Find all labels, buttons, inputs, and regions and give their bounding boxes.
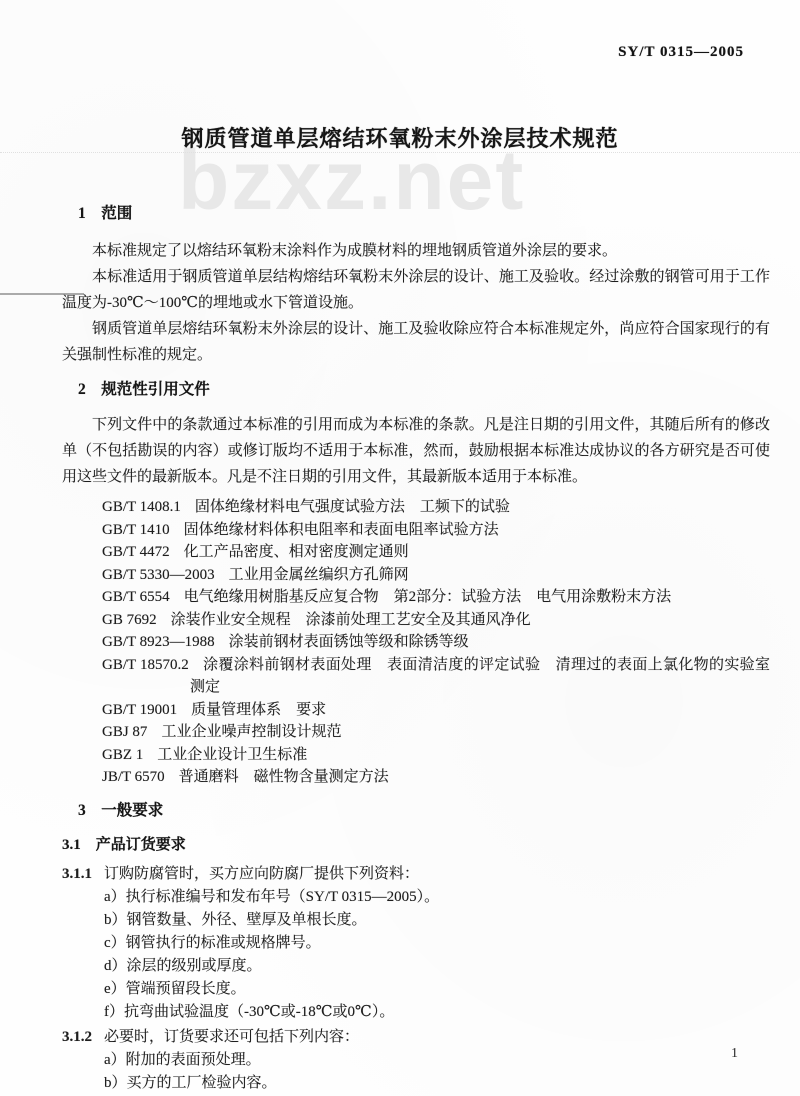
section-heading-general: 3 一般要求 — [78, 799, 770, 823]
reference-item: GB/T 19001质量管理体系 要求 — [102, 699, 770, 722]
reference-code: JB/T 6570 — [102, 769, 165, 785]
reference-title: 质量管理体系 要求 — [191, 702, 326, 718]
reference-code: GB/T 19001 — [102, 702, 177, 718]
list-item: f）抗弯曲试验温度（-30℃或-18℃或0℃）。 — [104, 1001, 770, 1024]
reference-title: 化工产品密度、相对密度测定通则 — [184, 544, 409, 560]
reference-item: GB/T 8923—1988涂装前钢材表面锈蚀等级和除锈等级 — [102, 631, 770, 654]
reference-code: GB/T 4472 — [102, 544, 170, 560]
paragraph: 下列文件中的条款通过本标准的引用而成为本标准的条款。凡是注日期的引用文件，其随后… — [62, 412, 770, 490]
standard-code: SY/T 0315—2005 — [618, 44, 744, 61]
clause-number: 3.1.1 — [62, 866, 92, 882]
reference-code: GBZ 1 — [102, 747, 143, 763]
document-body: 1 范围 本标准规定了以熔结环氧粉末涂料作为成膜材料的埋地钢质管道外涂层的要求。… — [62, 196, 770, 1096]
paragraph: 本标准规定了以熔结环氧粉末涂料作为成膜材料的埋地钢质管道外涂层的要求。 — [62, 238, 770, 264]
reference-code: GB/T 1408.1 — [102, 499, 181, 515]
paragraph: 本标准适用于钢质管道单层结构熔结环氧粉末外涂层的设计、施工及验收。经过涂敷的钢管… — [62, 264, 770, 316]
reference-code: GB/T 6554 — [102, 589, 170, 605]
reference-code: GB/T 18570.2 — [102, 657, 189, 673]
subsection-heading-ordering: 3.1 产品订货要求 — [62, 833, 770, 857]
section-heading-scope: 1 范围 — [78, 202, 770, 226]
reference-code: GB 7692 — [102, 612, 157, 628]
reference-title: 涂装作业安全规程 涂漆前处理工艺安全及其通风净化 — [171, 612, 531, 628]
clause-text: 必要时，订货要求还可包括下列内容： — [104, 1029, 359, 1045]
reference-title: 工业企业噪声控制设计规范 — [161, 724, 341, 740]
reference-item: GB/T 6554电气绝缘用树脂基反应复合物 第2部分：试验方法 电气用涂敷粉末… — [102, 586, 770, 609]
reference-title: 固体绝缘材料体积电阻率和表面电阻率试验方法 — [184, 522, 499, 538]
optional-info-list: a）附加的表面预处理。 b）买方的工厂检验内容。 — [104, 1049, 770, 1095]
reference-code: GB/T 5330—2003 — [102, 567, 215, 583]
reference-item: GB/T 4472化工产品密度、相对密度测定通则 — [102, 541, 770, 564]
reference-code: GB/T 8923—1988 — [102, 634, 215, 650]
reference-title: 涂装前钢材表面锈蚀等级和除锈等级 — [229, 634, 469, 650]
list-item: a）附加的表面预处理。 — [104, 1049, 770, 1072]
clause-number: 3.1.2 — [62, 1029, 92, 1045]
page-title: 钢质管道单层熔结环氧粉末外涂层技术规范 — [0, 122, 800, 153]
reference-code: GB/T 1410 — [102, 522, 170, 538]
reference-item: GB/T 18570.2涂覆涂料前钢材表面处理 表面清洁度的评定试验 清理过的表… — [102, 654, 770, 699]
section-heading-references: 2 规范性引用文件 — [78, 378, 770, 402]
reference-item: GB 7692涂装作业安全规程 涂漆前处理工艺安全及其通风净化 — [102, 609, 770, 632]
list-item: e）管端预留段长度。 — [104, 978, 770, 1001]
clause-3-1-2: 3.1.2必要时，订货要求还可包括下列内容： — [62, 1026, 770, 1049]
ordering-info-list: a）执行标准编号和发布年号（SY/T 0315—2005）。 b）钢管数量、外径… — [104, 886, 770, 1024]
list-item: a）执行标准编号和发布年号（SY/T 0315—2005）。 — [104, 886, 770, 909]
reference-title: 涂覆涂料前钢材表面处理 表面清洁度的评定试验 清理过的表面上氯化物的实验室测定 — [190, 657, 770, 696]
clause-3-1-1: 3.1.1订购防腐管时，买方应向防腐厂提供下列资料： — [62, 863, 770, 886]
reference-item: GBZ 1工业企业设计卫生标准 — [102, 744, 770, 767]
reference-item: GB/T 1408.1固体绝缘材料电气强度试验方法 工频下的试验 — [102, 496, 770, 519]
list-item: d）涂层的级别或厚度。 — [104, 955, 770, 978]
reference-title: 工业企业设计卫生标准 — [157, 747, 307, 763]
paragraph: 钢质管道单层熔结环氧粉末外涂层的设计、施工及验收除应符合本标准规定外，尚应符合国… — [62, 316, 770, 368]
list-item: b）买方的工厂检验内容。 — [104, 1072, 770, 1095]
list-item: b）钢管数量、外径、壁厚及单根长度。 — [104, 909, 770, 932]
list-item: c）钢管执行的标准或规格牌号。 — [104, 932, 770, 955]
reference-code: GBJ 87 — [102, 724, 147, 740]
reference-item: GBJ 87工业企业噪声控制设计规范 — [102, 721, 770, 744]
reference-list: GB/T 1408.1固体绝缘材料电气强度试验方法 工频下的试验 GB/T 14… — [102, 496, 770, 789]
reference-title: 普通磨料 磁性物含量测定方法 — [179, 769, 389, 785]
reference-title: 工业用金属丝编织方孔筛网 — [229, 567, 409, 583]
clause-text: 订购防腐管时，买方应向防腐厂提供下列资料： — [104, 866, 419, 882]
reference-item: JB/T 6570普通磨料 磁性物含量测定方法 — [102, 766, 770, 789]
reference-item: GB/T 1410固体绝缘材料体积电阻率和表面电阻率试验方法 — [102, 519, 770, 542]
scanned-standard-page: SY/T 0315—2005 bzxz.net 钢质管道单层熔结环氧粉末外涂层技… — [0, 0, 800, 1096]
reference-title: 固体绝缘材料电气强度试验方法 工频下的试验 — [195, 499, 510, 515]
reference-item: GB/T 5330—2003工业用金属丝编织方孔筛网 — [102, 564, 770, 587]
reference-title: 电气绝缘用树脂基反应复合物 第2部分：试验方法 电气用涂敷粉末方法 — [184, 589, 672, 605]
